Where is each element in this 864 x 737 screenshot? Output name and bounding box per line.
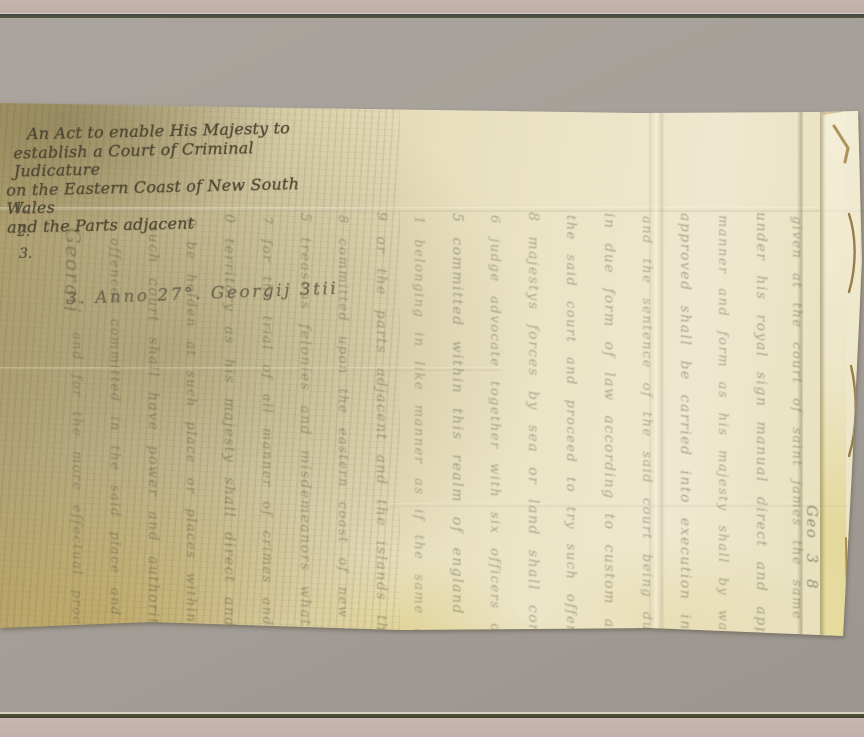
photograph-of-parchment: Georgijand for the more effectual procee…: [0, 0, 864, 737]
parchment-document: Georgijand for the more effectual procee…: [0, 0, 864, 737]
parchment-wrapper: Georgijand for the more effectual procee…: [0, 0, 864, 737]
thread-mark-top-right: [834, 126, 848, 162]
stitch-threads: [0, 0, 864, 737]
tape-repair: [820, 100, 842, 115]
frame-bottom-strip: [0, 718, 864, 737]
